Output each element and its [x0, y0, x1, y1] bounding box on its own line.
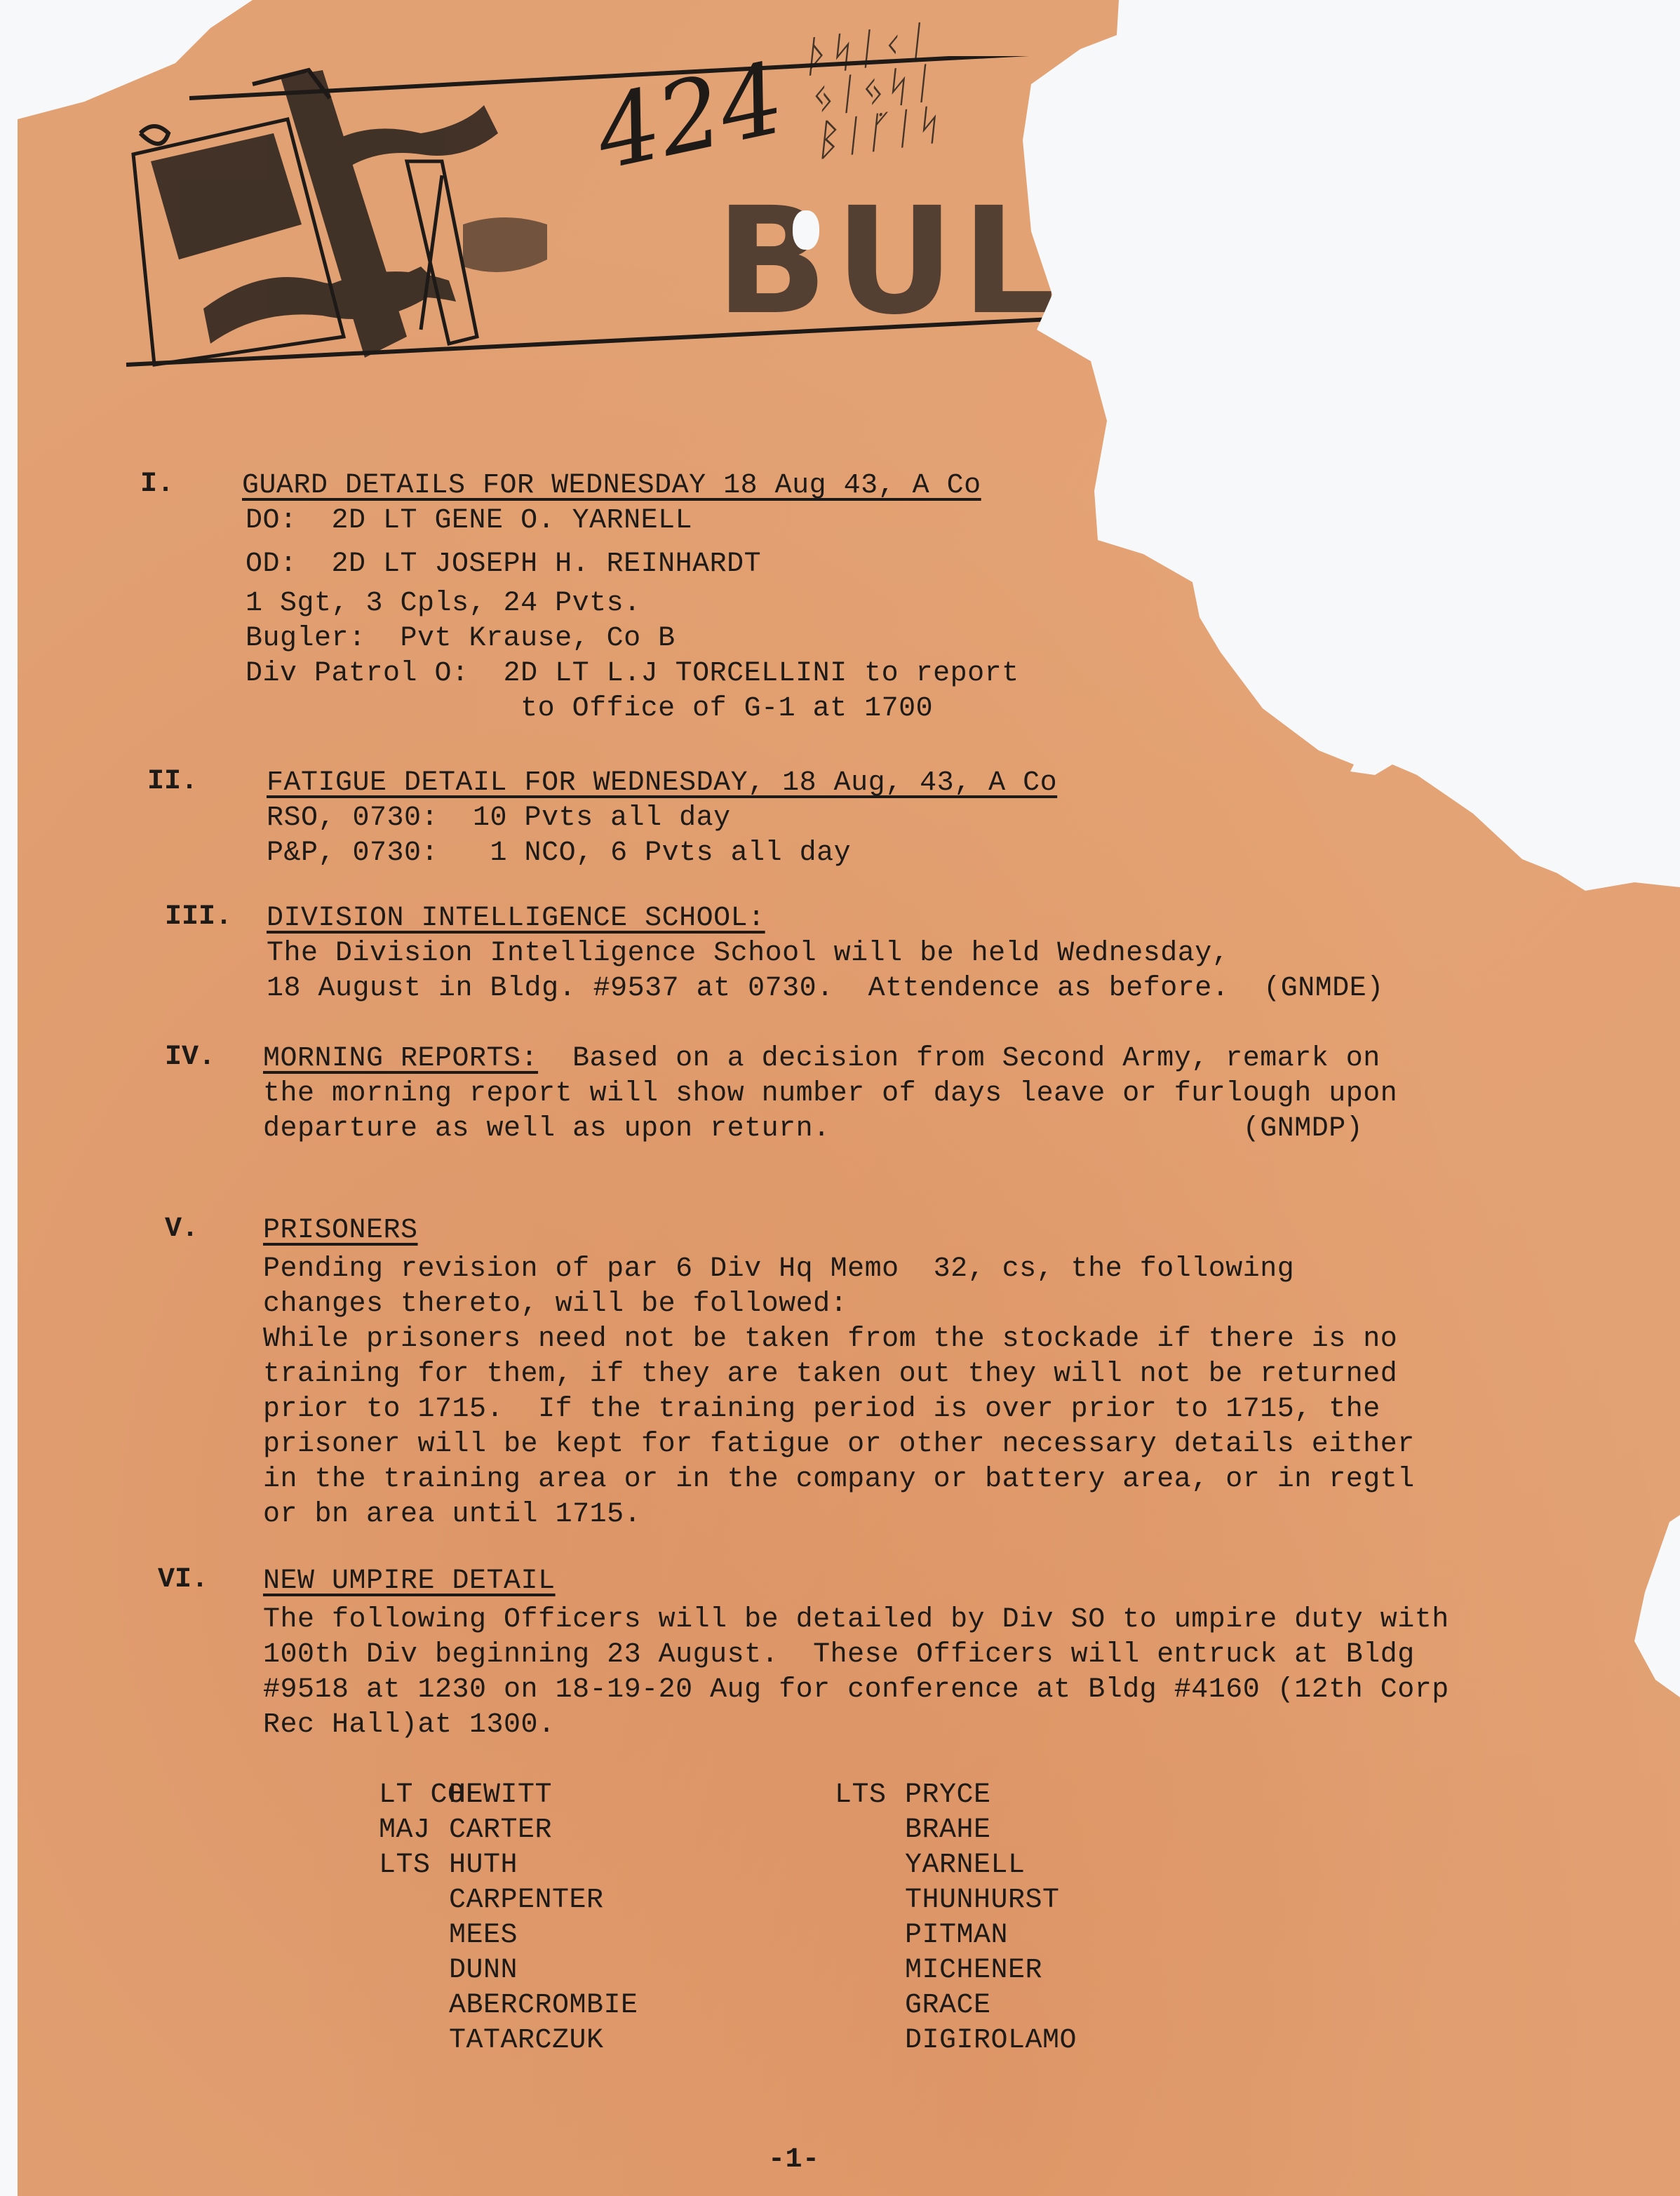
- section-line: #9518 at 1230 on 18-19-20 Aug for confer…: [263, 1673, 1449, 1708]
- section-heading: NEW UMPIRE DETAIL: [263, 1564, 556, 1599]
- section-line: Pending revision of par 6 Div Hq Memo 32…: [263, 1252, 1294, 1287]
- section-heading-row: MORNING REPORTS: Based on a decision fro…: [263, 1042, 1380, 1077]
- officer-name: CARPENTER: [449, 1883, 604, 1918]
- officer-name: MEES: [449, 1918, 518, 1953]
- officer-rank: MAJ: [379, 1813, 431, 1848]
- section-numeral: I.: [140, 469, 174, 500]
- officer-name: DIGIROLAMO: [905, 2023, 1077, 2059]
- officer-name: MICHENER: [905, 1953, 1042, 1988]
- section-line: 18 August in Bldg. #9537 at 0730. Attend…: [267, 971, 1384, 1006]
- section-line: OD: 2D LT JOSEPH H. REINHARDT: [246, 547, 761, 582]
- section-line: in the training area or in the company o…: [263, 1462, 1415, 1497]
- officer-name: ABERCROMBIE: [449, 1988, 638, 2023]
- section-line: P&P, 0730: 1 NCO, 6 Pvts all day: [267, 836, 851, 871]
- section-line: prisoner will be kept for fatigue or oth…: [263, 1427, 1415, 1462]
- officer-name: CARTER: [449, 1813, 552, 1848]
- section-line: 100th Div beginning 23 August. These Off…: [263, 1638, 1415, 1673]
- officer-name: BRAHE: [905, 1813, 991, 1848]
- officer-name: PRYCE: [905, 1778, 991, 1813]
- section-numeral: VI.: [158, 1564, 208, 1596]
- officer-name: DUNN: [449, 1953, 518, 1988]
- section-line: departure as well as upon return. (GNMDP…: [263, 1112, 1363, 1147]
- officer-name: PITMAN: [905, 1918, 1008, 1953]
- section-numeral: III.: [165, 901, 232, 933]
- section-heading: GUARD DETAILS FOR WEDNESDAY 18 Aug 43, A…: [242, 469, 981, 504]
- section-heading: FATIGUE DETAIL FOR WEDNESDAY, 18 Aug, 43…: [267, 766, 1057, 801]
- officer-name: HEWITT: [449, 1778, 552, 1813]
- punch-hole: [793, 210, 819, 250]
- torn-bulletin-page: 424 ᚦᛋᛁᚲᛁᛃᛁᛃᛋᛁᛒᛁᚵᛁᛋ BUL I. GUARD DETAILS…: [0, 0, 1680, 2196]
- section-numeral: II.: [147, 766, 198, 797]
- officer-rank: LTS: [379, 1848, 431, 1883]
- page-number: -1-: [768, 2143, 820, 2178]
- section-line: changes thereto, will be followed:: [263, 1287, 847, 1322]
- officer-name: HUTH: [449, 1848, 518, 1883]
- section-line: Bugler: Pvt Krause, Co B: [246, 621, 676, 656]
- officer-name: TATARCZUK: [449, 2023, 604, 2059]
- section-heading-inline-text: Based on a decision from Second Army, re…: [538, 1043, 1380, 1075]
- section-line: While prisoners need not be taken from t…: [263, 1322, 1397, 1357]
- section-heading: MORNING REPORTS:: [263, 1043, 538, 1075]
- section-line: training for them, if they are taken out…: [263, 1357, 1397, 1392]
- bulletin-title-fragment: BUL: [715, 175, 1062, 347]
- section-numeral: IV.: [165, 1042, 215, 1073]
- section-line: the morning report will show number of d…: [263, 1077, 1397, 1112]
- section-line: DO: 2D LT GENE O. YARNELL: [246, 504, 692, 539]
- officer-rank: LTS: [835, 1778, 887, 1813]
- section-line: Div Patrol O: 2D LT L.J TORCELLINI to re…: [246, 656, 1019, 692]
- officer-name: THUNHURST: [905, 1883, 1060, 1918]
- section-line: to Office of G-1 at 1700: [246, 692, 933, 727]
- section-line: or bn area until 1715.: [263, 1497, 641, 1533]
- section-line: The following Officers will be detailed …: [263, 1603, 1449, 1638]
- section-line: 1 Sgt, 3 Cpls, 24 Pvts.: [246, 586, 641, 621]
- section-heading: DIVISION INTELLIGENCE SCHOOL:: [267, 901, 765, 936]
- officer-name: GRACE: [905, 1988, 991, 2023]
- section-line: Rec Hall)at 1300.: [263, 1708, 556, 1743]
- section-line: prior to 1715. If the training period is…: [263, 1392, 1380, 1427]
- section-numeral: V.: [165, 1213, 199, 1245]
- handwritten-scrawl: ᚦᛋᛁᚲᛁᛃᛁᛃᛋᛁᛒᛁᚵᛁᛋ: [798, 20, 941, 162]
- section-heading: PRISONERS: [263, 1213, 418, 1248]
- officer-name: YARNELL: [905, 1848, 1026, 1883]
- section-line: RSO, 0730: 10 Pvts all day: [267, 801, 731, 836]
- section-line: The Division Intelligence School will be…: [267, 936, 1229, 971]
